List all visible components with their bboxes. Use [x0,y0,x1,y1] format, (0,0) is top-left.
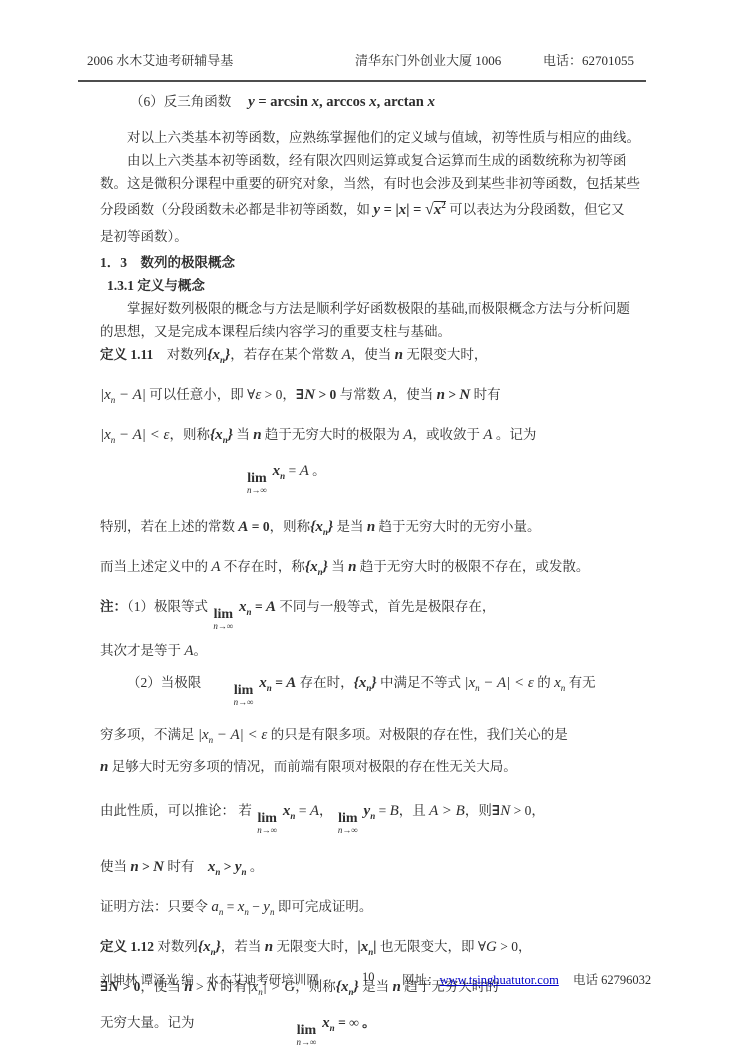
text-line: 数。这是微积分课程中重要的研究对象，当然，有时也会涉及到某些非初等函数，包括某些 [100,172,648,195]
text-line: 由以上六类基本初等函数，经有限次四则运算或复合运算而生成的函数统称为初等函 [100,149,648,172]
item-6-inverse-trig: （6）反三角函数 y = arcsin x, arccos x, arctan … [100,90,648,114]
header-address: 清华东门外创业大厦 1006 [355,50,501,69]
text-line: |xn − A| 可以任意小，即 ∀ε > 0，∃N > 0 与常数 A，使当 … [100,383,648,407]
text-line: 对以上六类基本初等函数，应熟练掌握他们的定义域与值域，初等性质与相应的曲线。 [100,126,648,149]
limit-operator: limn→∞ [247,472,267,495]
note-1: 注：（1）极限等式 limn→∞ xn = A 不同与一般等式，首先是极限存在， [100,595,648,631]
document-body: （6）反三角函数 y = arcsin x, arccos x, arctan … [100,90,648,1047]
text-line: 由此性质，可以推论： 若 limn→∞ xn = A， limn→∞ yn = … [100,799,648,835]
definition-1-11: 定义 1.11 对数列{xn}，若存在某个常数 A，使当 n 无限变大时， [100,343,648,367]
text-line: 是初等函数）。 [100,225,648,248]
limit-operator: limn→∞ [257,812,277,835]
text-line: 证明方法：只要令 an = xn − yn 即可完成证明。 [100,895,648,919]
text-line: |xn − A| < ε，则称{xn} 当 n 趋于无穷大时的极限为 A，或收敛… [100,423,648,447]
limit-operator: limn→∞ [338,812,358,835]
footer-authors: 刘坤林 谭泽光 编 水木艾迪考研培训网 [100,970,319,988]
footer-phone: 电话 62796032 [573,970,651,988]
text-line: 穷多项，不满足 |xn − A| < ε 的只是有限多项。对极限的存在性，我们关… [100,723,648,747]
definition-1-12: 定义 1.12 对数列{xn}，若当 n 无限变大时，|xn| 也无限变大，即 … [100,935,648,959]
text-line: 掌握好数列极限的概念与方法是顺利学好函数极限的基础,而极限概念方法与分析问题 [100,297,648,320]
website-link[interactable]: www.tsinghuatutor.com [440,973,559,987]
header-rule [78,80,646,82]
text-line: 分段函数（分段函数未必都是非初等函数，如 y = |x| = √x2 可以表达为… [100,198,648,222]
formula-limit-infinity: 无穷大量。记为limn→∞ xn = ∞ 。 [100,1011,648,1047]
note-2: （2）当极限 limn→∞ xn = A 存在时，{xn} 中满足不等式 |xn… [100,671,648,707]
text-line: 特别，若在上述的常数 A = 0，则称{xn} 是当 n 趋于无穷大时的无穷小量… [100,515,648,539]
limit-operator: limn→∞ [297,1024,317,1047]
page-number: 10 [362,970,375,985]
text-line: 而当上述定义中的 A 不存在时，称{xn} 当 n 趋于无穷大时的极限不存在，或… [100,555,648,579]
text-line: 的思想，又是完成本课程后续内容学习的重要支柱与基础。 [100,320,648,343]
header-phone: 电话：62701055 [543,50,634,69]
text-line: 使当 n > N 时有 xn > yn 。 [100,855,648,879]
text-line: n 足够大时无穷多项的情况，而前端有限项对极限的存在性无关大局。 [100,755,648,779]
document-page: 2006 水木艾迪考研辅导基 清华东门外创业大厦 1006 电话：6270105… [0,0,750,1061]
footer-site: 网址：www.tsinghuatutor.com [402,970,559,988]
header-course-title: 2006 水木艾迪考研辅导基 [87,50,233,69]
limit-operator: limn→∞ [207,684,254,707]
section-heading-1-3: 1．3 数列的极限概念 [100,251,648,274]
text-line: 其次才是等于 A。 [100,639,648,663]
website-label: 网址： [402,973,440,987]
formula-limit-equals-A: limn→∞ xn = A 。 [100,459,648,495]
limit-operator: limn→∞ [213,608,233,631]
subsection-heading-1-3-1: 1.3.1 定义与概念 [100,274,648,297]
